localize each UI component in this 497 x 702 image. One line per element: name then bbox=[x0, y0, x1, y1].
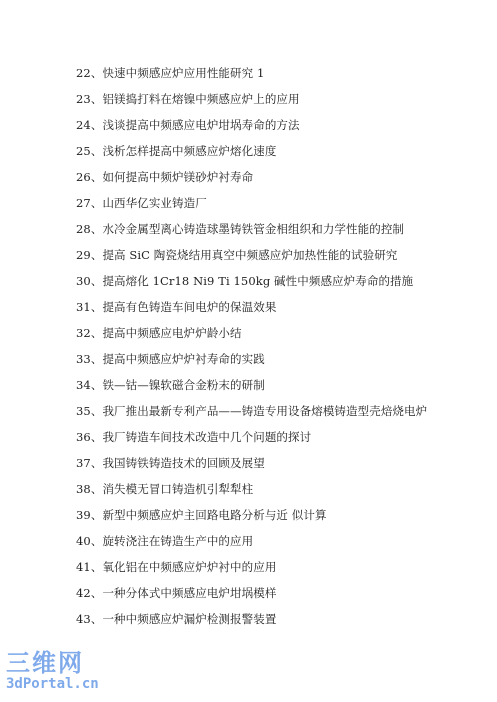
toc-item: 23、铝镁捣打料在熔镍中频感应炉上的应用 bbox=[76, 89, 427, 115]
item-title: 新型中频感应炉主回路电路分析与近 似计算 bbox=[102, 508, 326, 522]
item-number: 29、 bbox=[76, 245, 102, 265]
toc-item: 38、消失模无冒口铸造机引犁犁柱 bbox=[76, 479, 427, 505]
toc-item: 27、山西华亿实业铸造厂 bbox=[76, 193, 427, 219]
item-title: 我厂铸造车间技术改造中几个问题的探讨 bbox=[102, 430, 311, 444]
toc-item: 33、提高中频感应炉炉衬寿命的实践 bbox=[76, 349, 427, 375]
toc-item: 37、我国铸铁铸造技术的回顾及展望 bbox=[76, 453, 427, 479]
toc-item: 43、一种中频感应炉漏炉检测报警装置 bbox=[76, 609, 427, 635]
item-number: 27、 bbox=[76, 193, 102, 213]
item-number: 35、 bbox=[76, 401, 102, 421]
item-number: 26、 bbox=[76, 167, 102, 187]
item-number: 43、 bbox=[76, 609, 102, 629]
item-number: 23、 bbox=[76, 89, 102, 109]
item-title: 我厂推出最新专利产品——铸造专用设备熔模铸造型壳焙烧电炉 bbox=[102, 404, 427, 418]
item-number: 31、 bbox=[76, 297, 102, 317]
item-title: 一种中频感应炉漏炉检测报警装置 bbox=[102, 612, 276, 626]
toc-item: 40、旋转浇注在铸造生产中的应用 bbox=[76, 531, 427, 557]
item-number: 40、 bbox=[76, 531, 102, 551]
item-number: 30、 bbox=[76, 271, 102, 291]
item-title: 浅析怎样提高中频感应炉熔化速度 bbox=[102, 144, 276, 158]
toc-item: 25、浅析怎样提高中频感应炉熔化速度 bbox=[76, 141, 427, 167]
item-title: 提高熔化 1Cr18 Ni9 Ti 150kg 碱性中频感应炉寿命的措施 bbox=[102, 274, 413, 288]
watermark-domain: 3dPortal.cn bbox=[6, 676, 106, 692]
toc-item: 26、如何提高中频炉镁砂炉衬寿命 bbox=[76, 167, 427, 193]
item-title: 提高中频感应炉炉衬寿命的实践 bbox=[102, 352, 264, 366]
item-number: 22、 bbox=[76, 63, 102, 83]
item-number: 28、 bbox=[76, 219, 102, 239]
item-title: 我国铸铁铸造技术的回顾及展望 bbox=[102, 456, 264, 470]
document-page: 22、快速中频感应炉应用性能研究 1 23、铝镁捣打料在熔镍中频感应炉上的应用 … bbox=[0, 0, 497, 702]
item-number: 41、 bbox=[76, 557, 102, 577]
toc-item: 24、浅谈提高中频感应电炉坩埚寿命的方法 bbox=[76, 115, 427, 141]
toc-item: 32、提高中频感应电炉炉龄小结 bbox=[76, 323, 427, 349]
toc-item: 35、我厂推出最新专利产品——铸造专用设备熔模铸造型壳焙烧电炉 bbox=[76, 401, 427, 427]
toc-item: 36、我厂铸造车间技术改造中几个问题的探讨 bbox=[76, 427, 427, 453]
item-title: 提高有色铸造车间电炉的保温效果 bbox=[102, 300, 276, 314]
toc-list: 22、快速中频感应炉应用性能研究 1 23、铝镁捣打料在熔镍中频感应炉上的应用 … bbox=[76, 63, 427, 635]
toc-item: 34、铁—钴—镍软磁合金粉末的研制 bbox=[76, 375, 427, 401]
item-title: 旋转浇注在铸造生产中的应用 bbox=[102, 534, 253, 548]
item-number: 25、 bbox=[76, 141, 102, 161]
item-title: 铁—钴—镍软磁合金粉末的研制 bbox=[102, 378, 264, 392]
item-number: 36、 bbox=[76, 427, 102, 447]
item-title: 消失模无冒口铸造机引犁犁柱 bbox=[102, 482, 253, 496]
watermark-chinese: 三维网 bbox=[6, 650, 106, 676]
item-number: 42、 bbox=[76, 583, 102, 603]
item-title: 浅谈提高中频感应电炉坩埚寿命的方法 bbox=[102, 118, 299, 132]
watermark-logo: 三维网 3dPortal.cn bbox=[6, 650, 106, 692]
toc-item: 29、提高 SiC 陶瓷烧结用真空中频感应炉加热性能的试验研究 bbox=[76, 245, 427, 271]
item-number: 37、 bbox=[76, 453, 102, 473]
item-number: 34、 bbox=[76, 375, 102, 395]
item-title: 山西华亿实业铸造厂 bbox=[102, 196, 206, 210]
item-title: 快速中频感应炉应用性能研究 1 bbox=[102, 66, 264, 80]
item-number: 38、 bbox=[76, 479, 102, 499]
item-title: 铝镁捣打料在熔镍中频感应炉上的应用 bbox=[102, 92, 299, 106]
item-title: 氧化铝在中频感应炉炉衬中的应用 bbox=[102, 560, 276, 574]
item-title: 一种分体式中频感应电炉坩埚模样 bbox=[102, 586, 276, 600]
item-number: 24、 bbox=[76, 115, 102, 135]
item-number: 32、 bbox=[76, 323, 102, 343]
item-number: 33、 bbox=[76, 349, 102, 369]
toc-item: 30、提高熔化 1Cr18 Ni9 Ti 150kg 碱性中频感应炉寿命的措施 bbox=[76, 271, 427, 297]
toc-item: 39、新型中频感应炉主回路电路分析与近 似计算 bbox=[76, 505, 427, 531]
toc-item: 31、提高有色铸造车间电炉的保温效果 bbox=[76, 297, 427, 323]
item-title: 水冷金属型离心铸造球墨铸铁管金相组织和力学性能的控制 bbox=[102, 222, 404, 236]
toc-item: 22、快速中频感应炉应用性能研究 1 bbox=[76, 63, 427, 89]
toc-item: 41、氧化铝在中频感应炉炉衬中的应用 bbox=[76, 557, 427, 583]
toc-item: 42、一种分体式中频感应电炉坩埚模样 bbox=[76, 583, 427, 609]
item-number: 39、 bbox=[76, 505, 102, 525]
toc-item: 28、水冷金属型离心铸造球墨铸铁管金相组织和力学性能的控制 bbox=[76, 219, 427, 245]
item-title: 如何提高中频炉镁砂炉衬寿命 bbox=[102, 170, 253, 184]
item-title: 提高 SiC 陶瓷烧结用真空中频感应炉加热性能的试验研究 bbox=[102, 248, 397, 262]
item-title: 提高中频感应电炉炉龄小结 bbox=[102, 326, 241, 340]
